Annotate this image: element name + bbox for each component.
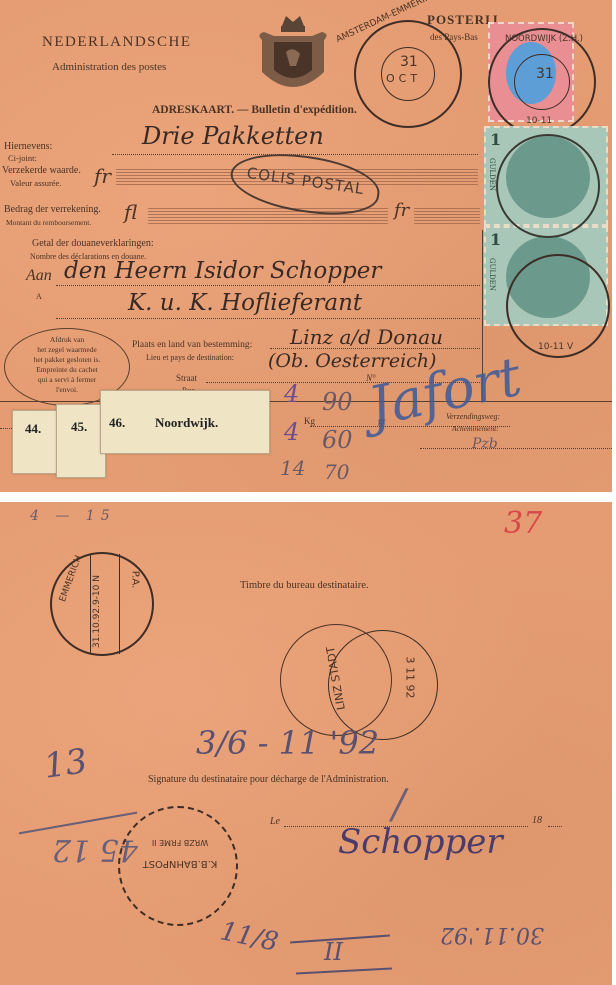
address-card-back: 4 — 15 37 EMMERICH 31.10.92.9-10 N P.A. … — [0, 502, 612, 985]
administration-subtitle: Administration des postes — [52, 61, 166, 73]
timbre-label: Timbre du bureau destinataire. — [240, 580, 369, 591]
parcel-label-46: 46. Noordwijk. — [100, 390, 270, 454]
coat-of-arms-icon — [252, 12, 334, 100]
parcel-label-44: 44. — [12, 410, 62, 474]
recipient-signature: Schopper — [338, 822, 503, 862]
form-title: ADRESKAART. — Bulletin d'expédition. — [152, 104, 357, 116]
signature-label: Signature du destinataire pour décharge … — [148, 774, 389, 785]
parcel-label-45: 45. — [56, 404, 106, 478]
pencil-date: 3/6 - 11 '92 — [196, 724, 379, 762]
noordwijk-postmark-bottom: 10-11 V — [506, 254, 610, 358]
addressee-name: den Heern Isidor Schopper — [64, 258, 381, 284]
red-pencil-number: 37 — [504, 506, 542, 541]
amsterdam-postmark: 31 OCT AMSTERDAM-EMMERIK — [354, 20, 462, 128]
country-title: NEDERLANDSCHE — [42, 34, 192, 51]
address-card-front: NEDERLANDSCHE Administration des postes … — [0, 0, 612, 492]
addressee-title: K. u. K. Hoflieferant — [128, 290, 362, 316]
destination-city: Linz a/d Donau — [290, 325, 443, 349]
bahnpost-postmark: K.B.BAHNPOST WRZB FRME II — [118, 806, 238, 926]
emmerich-postmark: EMMERICH 31.10.92.9-10 N P.A. — [50, 552, 154, 656]
noordwijk-postmark-middle — [496, 134, 600, 238]
noordwijk-postmark-top: 31 10-11 NOORDWIJK (Z.H.) — [488, 28, 596, 136]
contents-value: Drie Pakketten — [142, 122, 324, 150]
